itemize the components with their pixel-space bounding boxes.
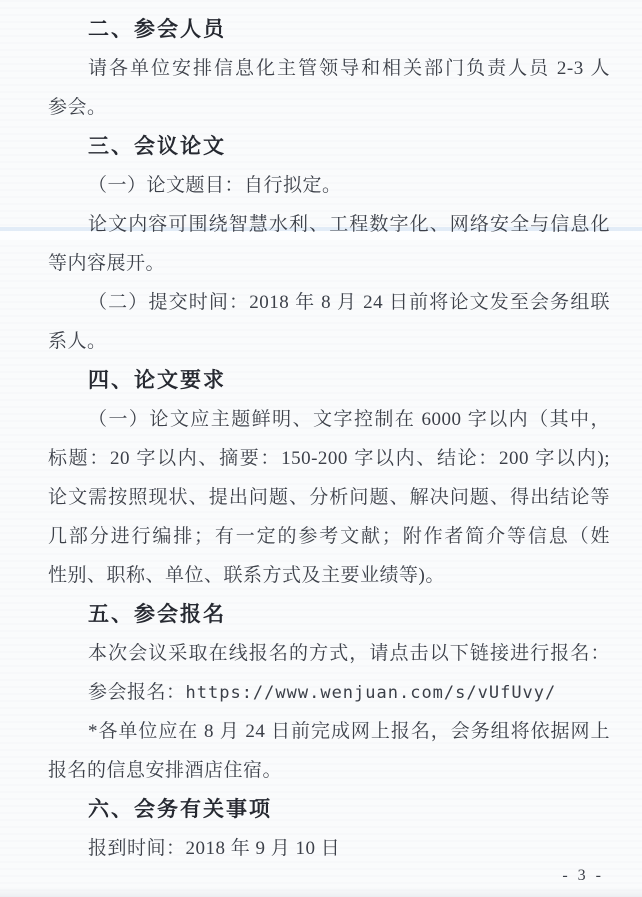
- text-line: *各单位应在 8 月 24 日前完成网上报名，会务组将依据网上: [48, 712, 610, 751]
- registration-url-text: https://www.wenjuan.com/s/vUfUvy/: [186, 683, 557, 703]
- section-heading: 四、论文要求: [48, 361, 610, 400]
- text-line: 系人。: [48, 322, 610, 361]
- section-heading: 二、参会人员: [48, 10, 610, 49]
- text-line: 论文内容可围绕智慧水利、工程数字化、网络安全与信息化: [48, 205, 610, 244]
- text-line: 参会。: [48, 88, 610, 127]
- text-line: 本次会议采取在线报名的方式，请点击以下链接进行报名：: [48, 634, 610, 673]
- text-line: 等内容展开。: [48, 244, 610, 283]
- section-heading: 六、会务有关事项: [48, 790, 610, 829]
- text-line: 请各单位安排信息化主管领导和相关部门负责人员 2-3 人: [48, 49, 610, 88]
- page-number: - 3 -: [562, 867, 604, 885]
- text-line: 论文需按照现状、提出问题、分析问题、解决问题、得出结论等: [48, 478, 610, 517]
- text-line: （一）论文题目：自行拟定。: [48, 166, 610, 205]
- text-line: 标题：20 字以内、摘要：150-200 字以内、结论：200 字以内);: [48, 439, 610, 478]
- text-line: （二）提交时间：2018 年 8 月 24 日前将论文发至会务组联: [48, 283, 610, 322]
- document-page: 二、参会人员 请各单位安排信息化主管领导和相关部门负责人员 2-3 人 参会。 …: [0, 0, 642, 897]
- document-body: 二、参会人员 请各单位安排信息化主管领导和相关部门负责人员 2-3 人 参会。 …: [48, 10, 610, 868]
- text-line: （一）论文应主题鲜明、文字控制在 6000 字以内（其中，: [48, 400, 610, 439]
- registration-label: 参会报名：: [88, 682, 186, 703]
- section-heading: 五、参会报名: [48, 595, 610, 634]
- text-line: 报名的信息安排酒店住宿。: [48, 751, 610, 790]
- text-line: 报到时间：2018 年 9 月 10 日: [48, 829, 610, 868]
- text-line: 几部分进行编排；有一定的参考文献；附作者简介等信息（姓名、: [48, 517, 610, 556]
- scan-artifact-band-bottom: [0, 887, 642, 897]
- section-heading: 三、会议论文: [48, 127, 610, 166]
- text-line: 性别、职称、单位、联系方式及主要业绩等)。: [48, 556, 610, 595]
- registration-line: 参会报名：https://www.wenjuan.com/s/vUfUvy/: [48, 673, 610, 712]
